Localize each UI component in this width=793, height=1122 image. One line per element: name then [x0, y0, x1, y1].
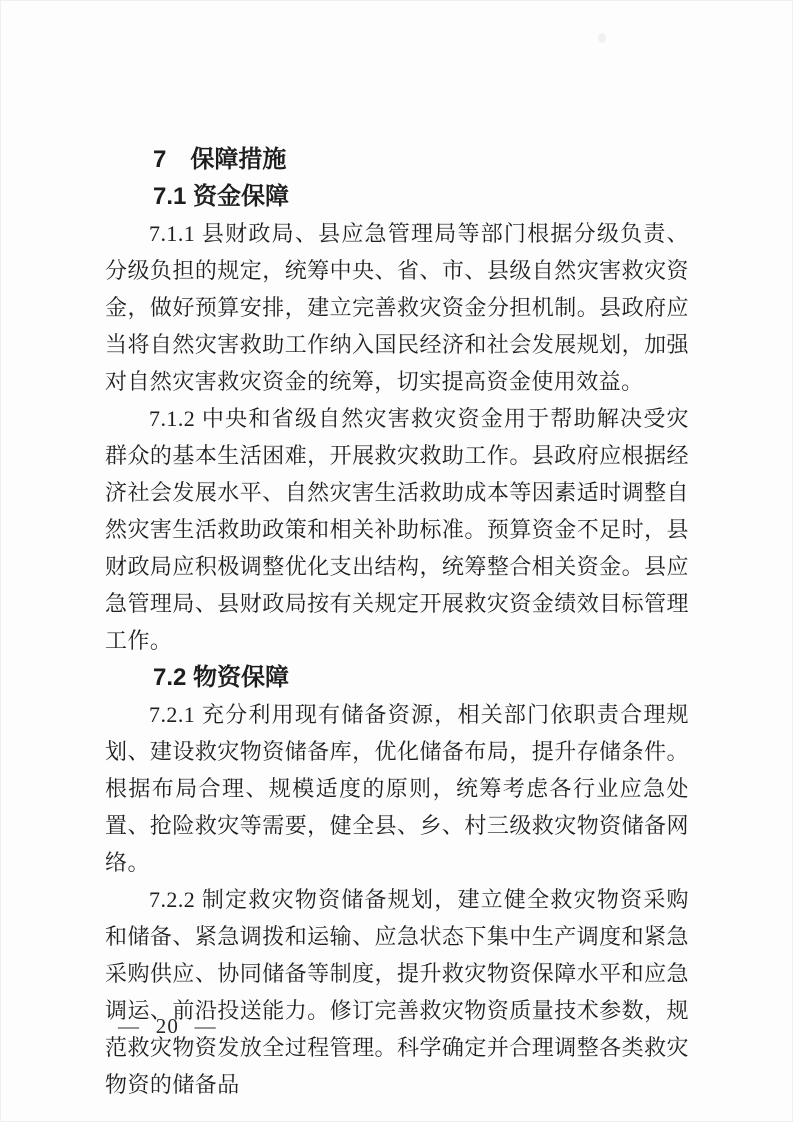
scan-artifact — [598, 33, 606, 43]
subsection-heading-7-2: 7.2 物资保障 — [105, 659, 689, 696]
page-number: — 20 — — [118, 1011, 217, 1041]
paragraph-7-2-1: 7.2.1 充分利用现有储备资源，相关部门依职责合理规划、建设救灾物资储备库，优… — [105, 696, 689, 881]
section-heading-7: 7 保障措施 — [105, 141, 689, 178]
paragraph-7-2-2: 7.2.2 制定救灾物资储备规划，建立健全救灾物资采购和储备、紧急调拨和运输、应… — [105, 881, 689, 1103]
paragraph-7-1-2: 7.1.2 中央和省级自然灾害救灾资金用于帮助解决受灾群众的基本生活困难，开展救… — [105, 400, 689, 659]
subsection-heading-7-1: 7.1 资金保障 — [105, 178, 689, 215]
document-page: 7 保障措施 7.1 资金保障 7.1.1 县财政局、县应急管理局等部门根据分级… — [0, 0, 793, 1122]
paragraph-7-1-1: 7.1.1 县财政局、县应急管理局等部门根据分级负责、分级负担的规定，统筹中央、… — [105, 215, 689, 400]
document-body: 7 保障措施 7.1 资金保障 7.1.1 县财政局、县应急管理局等部门根据分级… — [105, 141, 689, 1103]
